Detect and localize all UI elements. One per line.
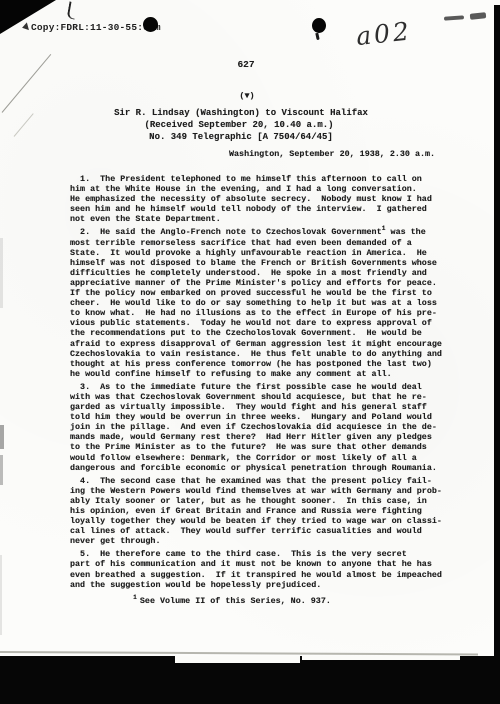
handwritten-annotation: a02 — [355, 14, 438, 51]
scan-edge-noise — [0, 238, 3, 308]
paragraph-2: 2. He said the Anglo-French note to Czec… — [70, 227, 456, 378]
scan-edge-noise — [0, 555, 2, 635]
archive-stamp-text: Copy:FDRL:11-30-55:cdm — [31, 22, 161, 33]
footnote: 1See Volume II of this Series, No. 937. — [133, 596, 331, 606]
archive-stamp: Copy:FDRL:11-30-55:cdm — [22, 22, 161, 33]
hole-punch-ink-tail — [315, 33, 319, 40]
paragraph-5: 5. He therefore came to the third case. … — [70, 549, 456, 589]
telegram-body: 1. The President telephoned to me himsel… — [70, 174, 456, 593]
scan-edge-noise — [0, 455, 3, 485]
paragraph-2-rest: most terrible remorseless sacrifice that… — [70, 238, 456, 379]
reference-line: No. 349 Telegraphic [A 7504/64/45] — [0, 132, 482, 142]
paragraph-4: 4. The second case that he examined was … — [70, 476, 456, 547]
paper-edge-tab — [175, 656, 300, 663]
paragraph-2-line1-pre: 2. He said the Anglo-French note to Czec… — [70, 227, 382, 237]
stamp-tick-icon — [21, 23, 29, 32]
scanner-background-bottom — [0, 656, 500, 704]
paragraph-3: 3. As to the immediate future the first … — [70, 382, 456, 473]
scan-edge-noise — [0, 425, 4, 449]
stray-pen-mark — [67, 1, 78, 19]
ink-smudge — [470, 12, 487, 20]
paragraph-1: 1. The President telephoned to me himsel… — [70, 174, 456, 224]
hole-punch-left — [143, 17, 158, 32]
ink-smudge — [444, 15, 464, 20]
page-number: 627 — [0, 59, 492, 70]
received-line: (Received September 20, 10.40 a.m.) — [0, 120, 478, 130]
document-scan: Copy:FDRL:11-30-55:cdm a02 627 (▼) Sir R… — [0, 0, 500, 704]
footnote-text: See Volume II of this Series, No. 937. — [140, 596, 331, 606]
footnote-number: 1 — [133, 594, 137, 601]
dateline: Washington, September 20, 1938, 2.30 a.m… — [229, 149, 435, 159]
document-title: Sir R. Lindsay (Washington) to Viscount … — [0, 108, 482, 118]
scanner-background-right — [494, 5, 500, 704]
section-marker: (▼) — [0, 91, 494, 101]
paragraph-2-line1-post: was the — [386, 227, 426, 237]
paper-edge-tab — [302, 656, 460, 660]
paper-bottom-edge — [0, 651, 478, 656]
hole-punch-right — [312, 18, 326, 33]
